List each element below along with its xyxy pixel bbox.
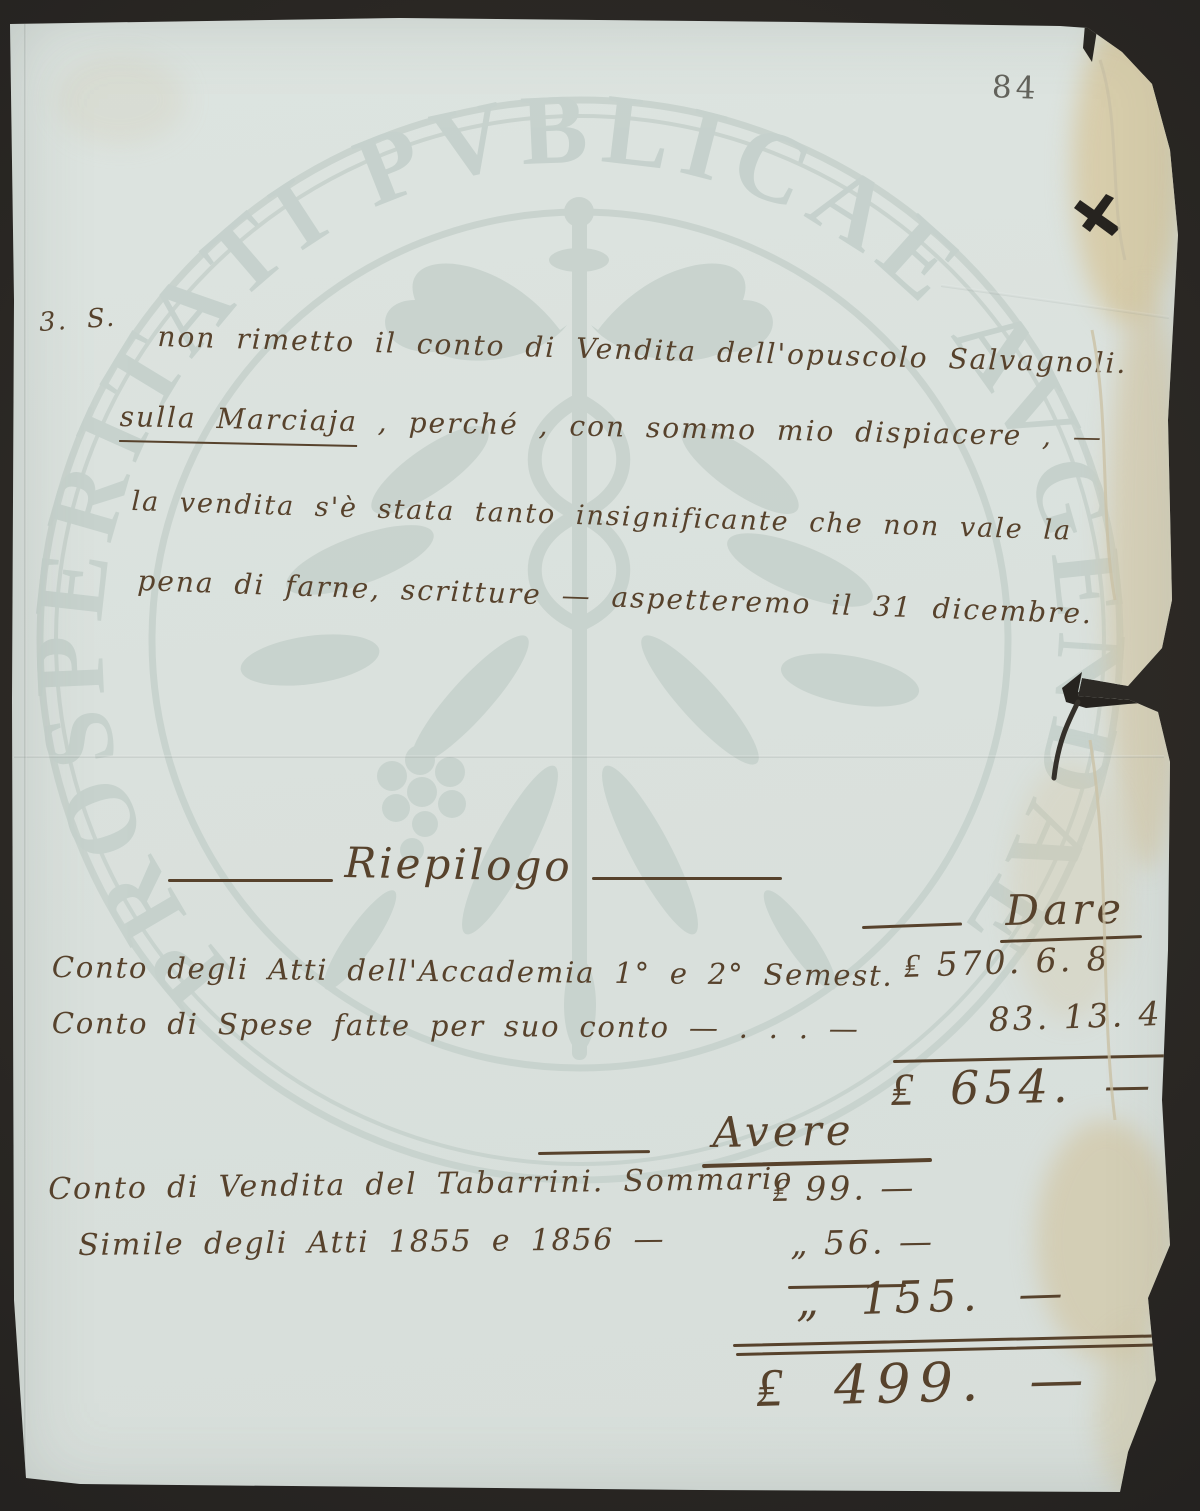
scan-vignette — [0, 0, 1200, 1511]
paper-sheet: PROSPERITATI PVBLICAE AVGENDAE — [0, 0, 1200, 1511]
scanned-document: PROSPERITATI PVBLICAE AVGENDAE — [0, 0, 1200, 1511]
